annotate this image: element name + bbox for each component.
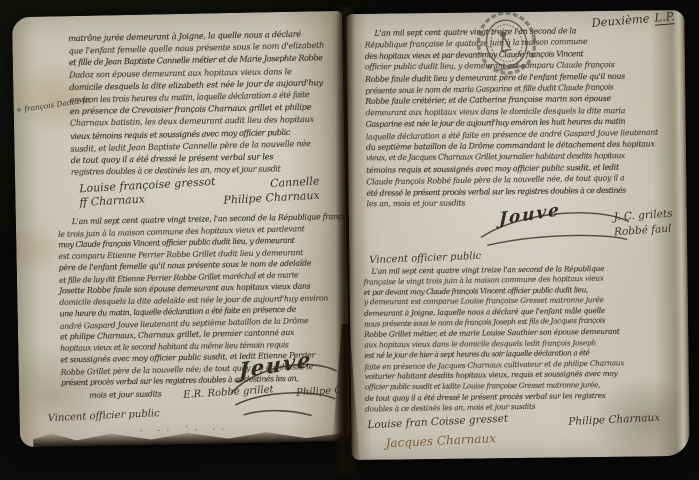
fiscal-stamp-icon	[472, 10, 541, 85]
register-left-page: + françois Dadoz fa matrône jurée demeur…	[12, 11, 350, 447]
manuscript-line: aux hopitaux vieux dans le domicile desq…	[364, 337, 682, 350]
right-act2-paragraph: L'an mil sept cent quatre vingt treize l…	[349, 258, 689, 414]
right-act1-signature-area: Jouve J. C. grilets Robbé faul Vincent o…	[349, 206, 688, 262]
book-gutter-shadow	[336, 6, 355, 474]
large-signature-jouve: Jouve	[477, 204, 562, 225]
manuscript-line: mois et jour susdits	[89, 389, 161, 399]
register-right-page: DeuxièmeL.P. L'an mil sept cent quatre v…	[346, 10, 689, 460]
left-act1-paragraph: matrône jurée demeurant à Joigne, la que…	[12, 11, 345, 180]
large-signature-jouve: Jeuve	[224, 345, 345, 425]
manuscript-scan: + françois Dadoz fa matrône jurée demeur…	[0, 0, 699, 480]
page-label-abbr: L.P.	[653, 10, 675, 26]
